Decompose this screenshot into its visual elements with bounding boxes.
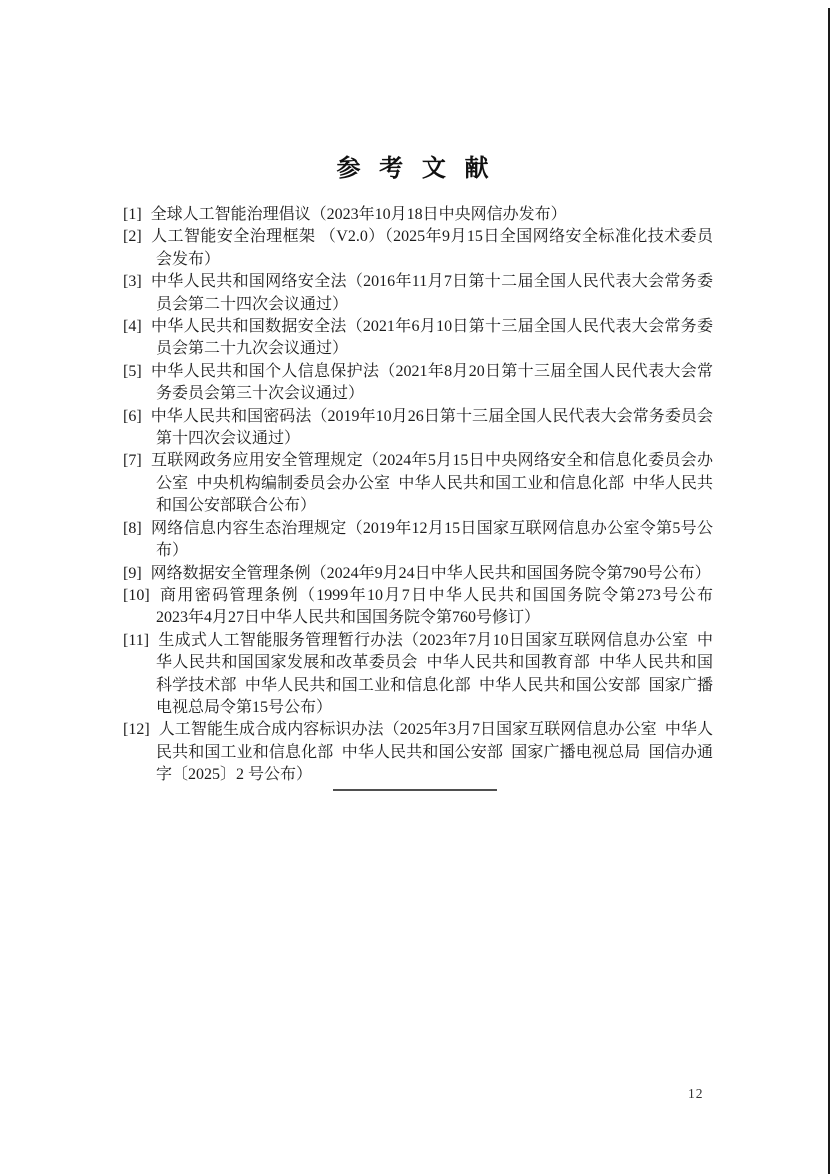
- reference-item: [3]中华人民共和国网络安全法（2016年11月7日第十二届全国人民代表大会常务…: [123, 271, 713, 316]
- reference-item: [12]人工智能生成合成内容标识办法（2025年3月7日国家互联网信息办公室 中…: [123, 719, 713, 786]
- reference-text: 中华人民共和国网络安全法（2016年11月7日第十二届全国人民代表大会常务委员会…: [151, 273, 713, 312]
- reference-text: 人工智能安全治理框架 （V2.0）（2025年9月15日全国网络安全标准化技术委…: [151, 228, 713, 267]
- reference-label: [10]: [123, 587, 150, 604]
- reference-item: [8]网络信息内容生态治理规定（2019年12月15日国家互联网信息办公室令第5…: [123, 518, 713, 563]
- reference-text: 网络信息内容生态治理规定（2019年12月15日国家互联网信息办公室令第5号公布…: [151, 520, 713, 559]
- references-list: [1]全球人工智能治理倡议（2023年10月18日中央网信办发布） [2]人工智…: [123, 204, 713, 787]
- reference-item: [6]中华人民共和国密码法（2019年10月26日第十三届全国人民代表大会常务委…: [123, 406, 713, 451]
- reference-label: [4]: [123, 318, 142, 335]
- page-title: 参 考 文 献: [0, 148, 831, 183]
- reference-text: 商用密码管理条例（1999年10月7日中华人民共和国国务院令第273号公布 20…: [156, 587, 733, 626]
- reference-text: 全球人工智能治理倡议（2023年10月18日中央网信办发布）: [151, 206, 567, 223]
- reference-label: [3]: [123, 273, 142, 290]
- reference-label: [1]: [123, 206, 142, 223]
- reference-label: [2]: [123, 228, 142, 245]
- reference-text: 中华人民共和国密码法（2019年10月26日第十三届全国人民代表大会常务委员会第…: [151, 408, 713, 447]
- reference-text: 人工智能生成合成内容标识办法（2025年3月7日国家互联网信息办公室 中华人民共…: [156, 721, 713, 783]
- reference-item: [1]全球人工智能治理倡议（2023年10月18日中央网信办发布）: [123, 204, 713, 226]
- reference-text: 生成式人工智能服务管理暂行办法（2023年7月10日国家互联网信息办公室 中华人…: [156, 632, 713, 716]
- reference-label: [6]: [123, 408, 142, 425]
- document-page: 参 考 文 献 [1]全球人工智能治理倡议（2023年10月18日中央网信办发布…: [0, 0, 831, 1174]
- reference-item: [2]人工智能安全治理框架 （V2.0）（2025年9月15日全国网络安全标准化…: [123, 226, 713, 271]
- reference-item: [9]网络数据安全管理条例（2024年9月24日中华人民共和国国务院令第790号…: [123, 563, 713, 585]
- reference-item: [11]生成式人工智能服务管理暂行办法（2023年7月10日国家互联网信息办公室…: [123, 630, 713, 720]
- reference-label: [11]: [123, 632, 149, 649]
- reference-item: [4]中华人民共和国数据安全法（2021年6月10日第十三届全国人民代表大会常务…: [123, 316, 713, 361]
- reference-item: [5]中华人民共和国个人信息保护法（2021年8月20日第十三届全国人民代表大会…: [123, 361, 713, 406]
- reference-text: 网络数据安全管理条例（2024年9月24日中华人民共和国国务院令第790号公布）: [151, 565, 711, 582]
- reference-label: [8]: [123, 520, 142, 537]
- page-number: 12: [688, 1086, 704, 1102]
- reference-item: [7]互联网政务应用安全管理规定（2024年5月15日中央网络安全和信息化委员会…: [123, 450, 713, 517]
- reference-item: [10]商用密码管理条例（1999年10月7日中华人民共和国国务院令第273号公…: [123, 585, 713, 630]
- reference-text: 中华人民共和国数据安全法（2021年6月10日第十三届全国人民代表大会常务委员会…: [151, 318, 713, 357]
- reference-label: [7]: [123, 452, 142, 469]
- reference-label: [5]: [123, 363, 142, 380]
- footnote-divider: [333, 789, 497, 791]
- reference-label: [9]: [123, 565, 142, 582]
- reference-label: [12]: [123, 721, 150, 738]
- reference-text: 中华人民共和国个人信息保护法（2021年8月20日第十三届全国人民代表大会常务委…: [151, 363, 713, 402]
- reference-text: 互联网政务应用安全管理规定（2024年5月15日中央网络安全和信息化委员会办公室…: [151, 452, 713, 514]
